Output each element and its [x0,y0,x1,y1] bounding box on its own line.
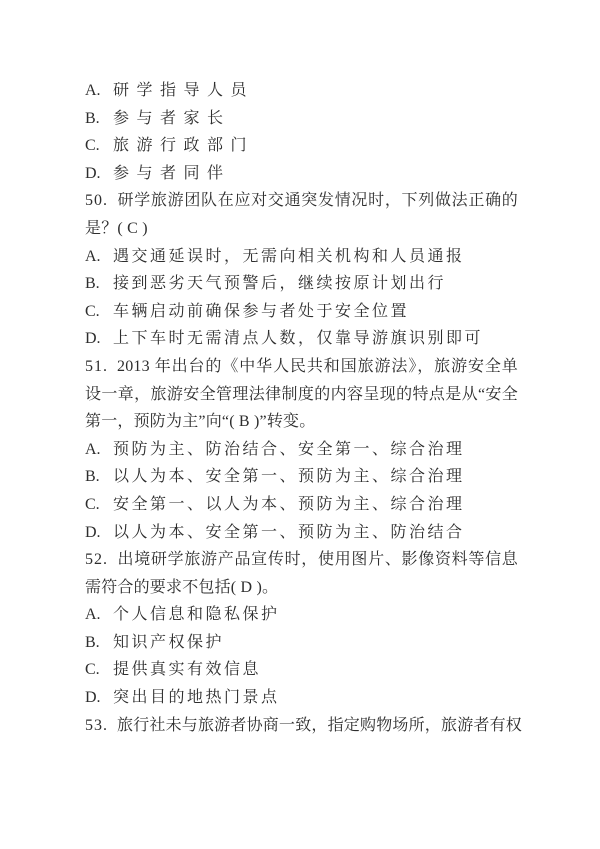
option-text: 参与者同伴 [113,160,231,188]
question-number: 50. [85,192,117,209]
option-row-d: D.参与者同伴 [85,160,518,188]
option-text: 以人为本、安全第一、预防为主、综合治理 [113,463,465,491]
question-stem: 52.出境研学旅游产品宣传时，使用图片、影像资料等信息需符合的要求不包括( D … [85,546,518,601]
option-row-a: A.个人信息和隐私保护 [85,601,518,629]
option-text: 提供真实有效信息 [113,656,261,684]
option-row-b: B.接到恶劣天气预警后，继续按原计划出行 [85,270,518,298]
option-text: 知识产权保护 [113,629,224,657]
question-text: 研学旅游团队在应对交通突发情况时，下列做法正确的是？( C ) [85,192,518,237]
question-number: 52. [85,551,117,568]
option-text: 研学指导人员 [113,77,254,105]
option-row-a: A.遇交通延误时，无需向相关机构和人员通报 [85,243,518,271]
option-row-d: D.突出目的地热门景点 [85,684,518,712]
option-row-a: A.研学指导人员 [85,77,518,105]
question-text: 出境研学旅游产品宣传时，使用图片、影像资料等信息需符合的要求不包括( D )。 [85,551,518,596]
option-text: 旅游行政部门 [113,132,254,160]
question-52: 52.出境研学旅游产品宣传时，使用图片、影像资料等信息需符合的要求不包括( D … [85,546,518,712]
option-text: 预防为主、防治结合、安全第一、综合治理 [113,436,465,464]
question-number: 53. [85,717,117,734]
option-label: D. [85,684,113,712]
question-text: 旅行社未与旅游者协商一致，指定购物场所，旅游者有权 [117,717,522,734]
option-label: C. [85,656,113,684]
question-stem: 50.研学旅游团队在应对交通突发情况时，下列做法正确的是？( C ) [85,187,518,242]
option-text: 接到恶劣天气预警后，继续按原计划出行 [113,270,446,298]
option-label: A. [85,601,113,629]
option-row-c: C.车辆启动前确保参与者处于安全位置 [85,298,518,326]
question-stem: 51.2013 年出台的《中华人民共和国旅游法》，旅游安全单设一章，旅游安全管理… [85,353,518,436]
question-number: 51. [85,358,117,375]
option-label: D. [85,325,113,353]
exam-page: A.研学指导人员 B.参与者家长 C.旅游行政部门 D.参与者同伴 50.研学旅… [0,0,600,849]
option-label: A. [85,243,113,271]
previous-question-options: A.研学指导人员 B.参与者家长 C.旅游行政部门 D.参与者同伴 [85,77,518,187]
option-label: B. [85,463,113,491]
option-label: D. [85,519,113,547]
option-row-c: C.安全第一、以人为本、预防为主、综合治理 [85,491,518,519]
option-row-b: B.以人为本、安全第一、预防为主、综合治理 [85,463,518,491]
option-row-b: B.参与者家长 [85,105,518,133]
option-row-c: C.提供真实有效信息 [85,656,518,684]
question-text: 2013 年出台的《中华人民共和国旅游法》，旅游安全单设一章，旅游安全管理法律制… [85,358,518,430]
option-label: A. [85,77,113,105]
option-text: 个人信息和隐私保护 [113,601,280,629]
option-row-d: D.以人为本、安全第一、预防为主、防治结合 [85,519,518,547]
option-text: 安全第一、以人为本、预防为主、综合治理 [113,491,465,519]
option-label: A. [85,436,113,464]
question-51: 51.2013 年出台的《中华人民共和国旅游法》，旅游安全单设一章，旅游安全管理… [85,353,518,546]
option-row-c: C.旅游行政部门 [85,132,518,160]
option-text: 突出目的地热门景点 [113,684,280,712]
option-row-d: D.上下车时无需清点人数，仅靠导游旗识别即可 [85,325,518,353]
option-text: 遇交通延误时，无需向相关机构和人员通报 [113,243,465,271]
option-label: C. [85,491,113,519]
option-label: C. [85,132,113,160]
option-label: C. [85,298,113,326]
option-label: D. [85,160,113,188]
option-text: 以人为本、安全第一、预防为主、防治结合 [113,519,465,547]
option-text: 参与者家长 [113,105,231,133]
option-label: B. [85,105,113,133]
option-label: B. [85,270,113,298]
question-stem: 53.旅行社未与旅游者协商一致，指定购物场所，旅游者有权 [85,712,518,740]
option-text: 上下车时无需清点人数，仅靠导游旗识别即可 [113,325,483,353]
option-row-a: A.预防为主、防治结合、安全第一、综合治理 [85,436,518,464]
option-label: B. [85,629,113,657]
question-53: 53.旅行社未与旅游者协商一致，指定购物场所，旅游者有权 [85,712,518,740]
option-row-b: B.知识产权保护 [85,629,518,657]
option-text: 车辆启动前确保参与者处于安全位置 [113,298,409,326]
question-50: 50.研学旅游团队在应对交通突发情况时，下列做法正确的是？( C ) A.遇交通… [85,187,518,353]
